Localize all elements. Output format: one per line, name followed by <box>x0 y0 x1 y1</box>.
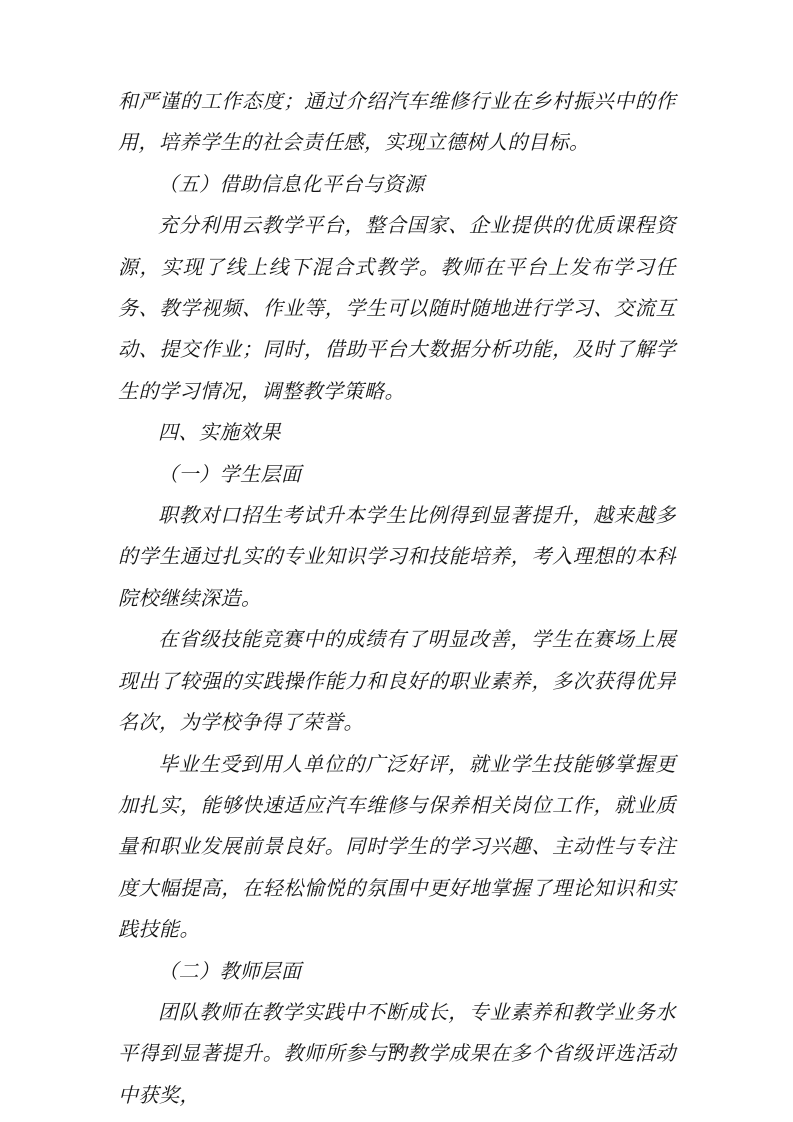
document-page: 和严谨的工作态度；通过介绍汽车维修行业在乡村振兴中的作用，培养学生的社会责任感，… <box>0 0 793 1122</box>
paragraph: 职教对口招生考试升本学生比例得到显著提升，越来越多的学生通过扎实的专业知识学习和… <box>118 496 676 620</box>
paragraph-continuation: 和严谨的工作态度；通过介绍汽车维修行业在乡村振兴中的作用，培养学生的社会责任感，… <box>118 82 676 165</box>
chapter-heading-4: 四、实施效果 <box>118 413 676 454</box>
document-body: 和严谨的工作态度；通过介绍汽车维修行业在乡村振兴中的作用，培养学生的社会责任感，… <box>118 82 676 1117</box>
section-heading-5: （五）借助信息化平台与资源 <box>118 165 676 206</box>
paragraph: 毕业生受到用人单位的广泛好评，就业学生技能够掌握更加扎实，能够快速适应汽车维修与… <box>118 745 676 952</box>
paragraph: 在省级技能竞赛中的成绩有了明显改善，学生在赛场上展现出了较强的实践操作能力和良好… <box>118 620 676 744</box>
subsection-heading-student: （一）学生层面 <box>118 455 676 496</box>
subsection-heading-teacher: （二）教师层面 <box>118 952 676 993</box>
page-number: 50 <box>0 1040 793 1056</box>
paragraph: 充分利用云教学平台，整合国家、企业提供的优质课程资源，实现了线上线下混合式教学。… <box>118 206 676 413</box>
